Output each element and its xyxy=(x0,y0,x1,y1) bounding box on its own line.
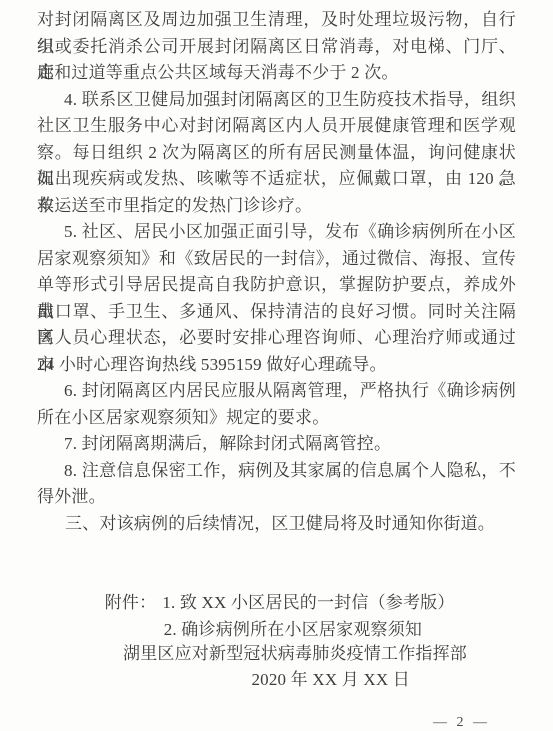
body-line-item-5: 5. 社区、居民小区加强正面引导，发布《确诊病例所在小区 xyxy=(37,219,516,246)
body-line: 戴口罩、手卫生、多通风、保持清洁的良好习惯。同时关注隔离 xyxy=(37,299,516,326)
attachment-label: 附件： xyxy=(105,593,157,612)
document-body: 对封闭隔离区及周边加强卫生清理，及时处理垃圾污物，自行组 织或委托消杀公司开展封… xyxy=(37,7,516,694)
body-line-item-6: 6. 封闭隔离区内居民应服从隔离管理，严格执行《确诊病例 xyxy=(37,378,516,405)
scanned-document-page: 对封闭隔离区及周边加强卫生清理，及时处理垃圾污物，自行组 织或委托消杀公司开展封… xyxy=(0,0,553,731)
body-line: 居家观察须知》和《致居民的一封信》，通过微信、海报、宣传 xyxy=(37,246,516,273)
body-line-item-7: 7. 封闭隔离期满后，解除封闭式隔离管控。 xyxy=(37,431,516,458)
body-line: 对封闭隔离区及周边加强卫生清理，及时处理垃圾污物，自行组 xyxy=(37,7,516,34)
body-line: 车运送至市里指定的发热门诊诊疗。 xyxy=(37,193,516,220)
body-line-item-4: 4. 联系区卫健局加强封闭隔离区的卫生防疫技术指导，组织 xyxy=(37,87,516,114)
body-line: 单等形式引导居民提高自我防护意识，掌握防护要点，养成外出 xyxy=(37,272,516,299)
issue-date: 2020 年 XX 月 XX 日 xyxy=(37,667,516,694)
attachment-item-1: 1. 致 XX 小区居民的一封信（参考版） xyxy=(162,593,454,612)
body-line: 如出现疾病或发热、咳嗽等不适症状，应佩戴口罩，由 120 急救 xyxy=(37,166,516,193)
attachment-item-2: 2. 确诊病例所在小区居家观察须知 xyxy=(164,620,422,639)
page-number: — 2 — xyxy=(433,714,490,731)
body-line: 区人员心理状态，必要时安排心理咨询师、心理治疗师或通过市 xyxy=(37,325,516,352)
body-line: 察。每日组织 2 次为隔离区的所有居民测量体温，询问健康状况。 xyxy=(37,140,516,167)
attachment-line-1: 附件：1. 致 XX 小区居民的一封信（参考版） xyxy=(37,564,516,591)
body-line-section-3: 三、对该病例的后续情况，区卫健局将及时通知你街道。 xyxy=(37,511,516,538)
body-line: 廊和过道等重点公共区域每天消毒不少于 2 次。 xyxy=(37,60,516,87)
body-line: 织或委托消杀公司开展封闭隔离区日常消毒，对电梯、门厅、走 xyxy=(37,34,516,61)
body-line-item-8: 8. 注意信息保密工作，病例及其家属的信息属个人隐私，不 xyxy=(37,458,516,485)
body-line: 所在小区居家观察须知》规定的要求。 xyxy=(37,405,516,432)
body-line: 24 小时心理咨询热线 5395159 做好心理疏导。 xyxy=(37,352,516,379)
body-line: 得外泄。 xyxy=(37,484,516,511)
issuing-authority: 湖里区应对新型冠状病毒肺炎疫情工作指挥部 xyxy=(37,641,516,668)
body-line: 社区卫生服务中心对封闭隔离区内人员开展健康管理和医学观 xyxy=(37,113,516,140)
